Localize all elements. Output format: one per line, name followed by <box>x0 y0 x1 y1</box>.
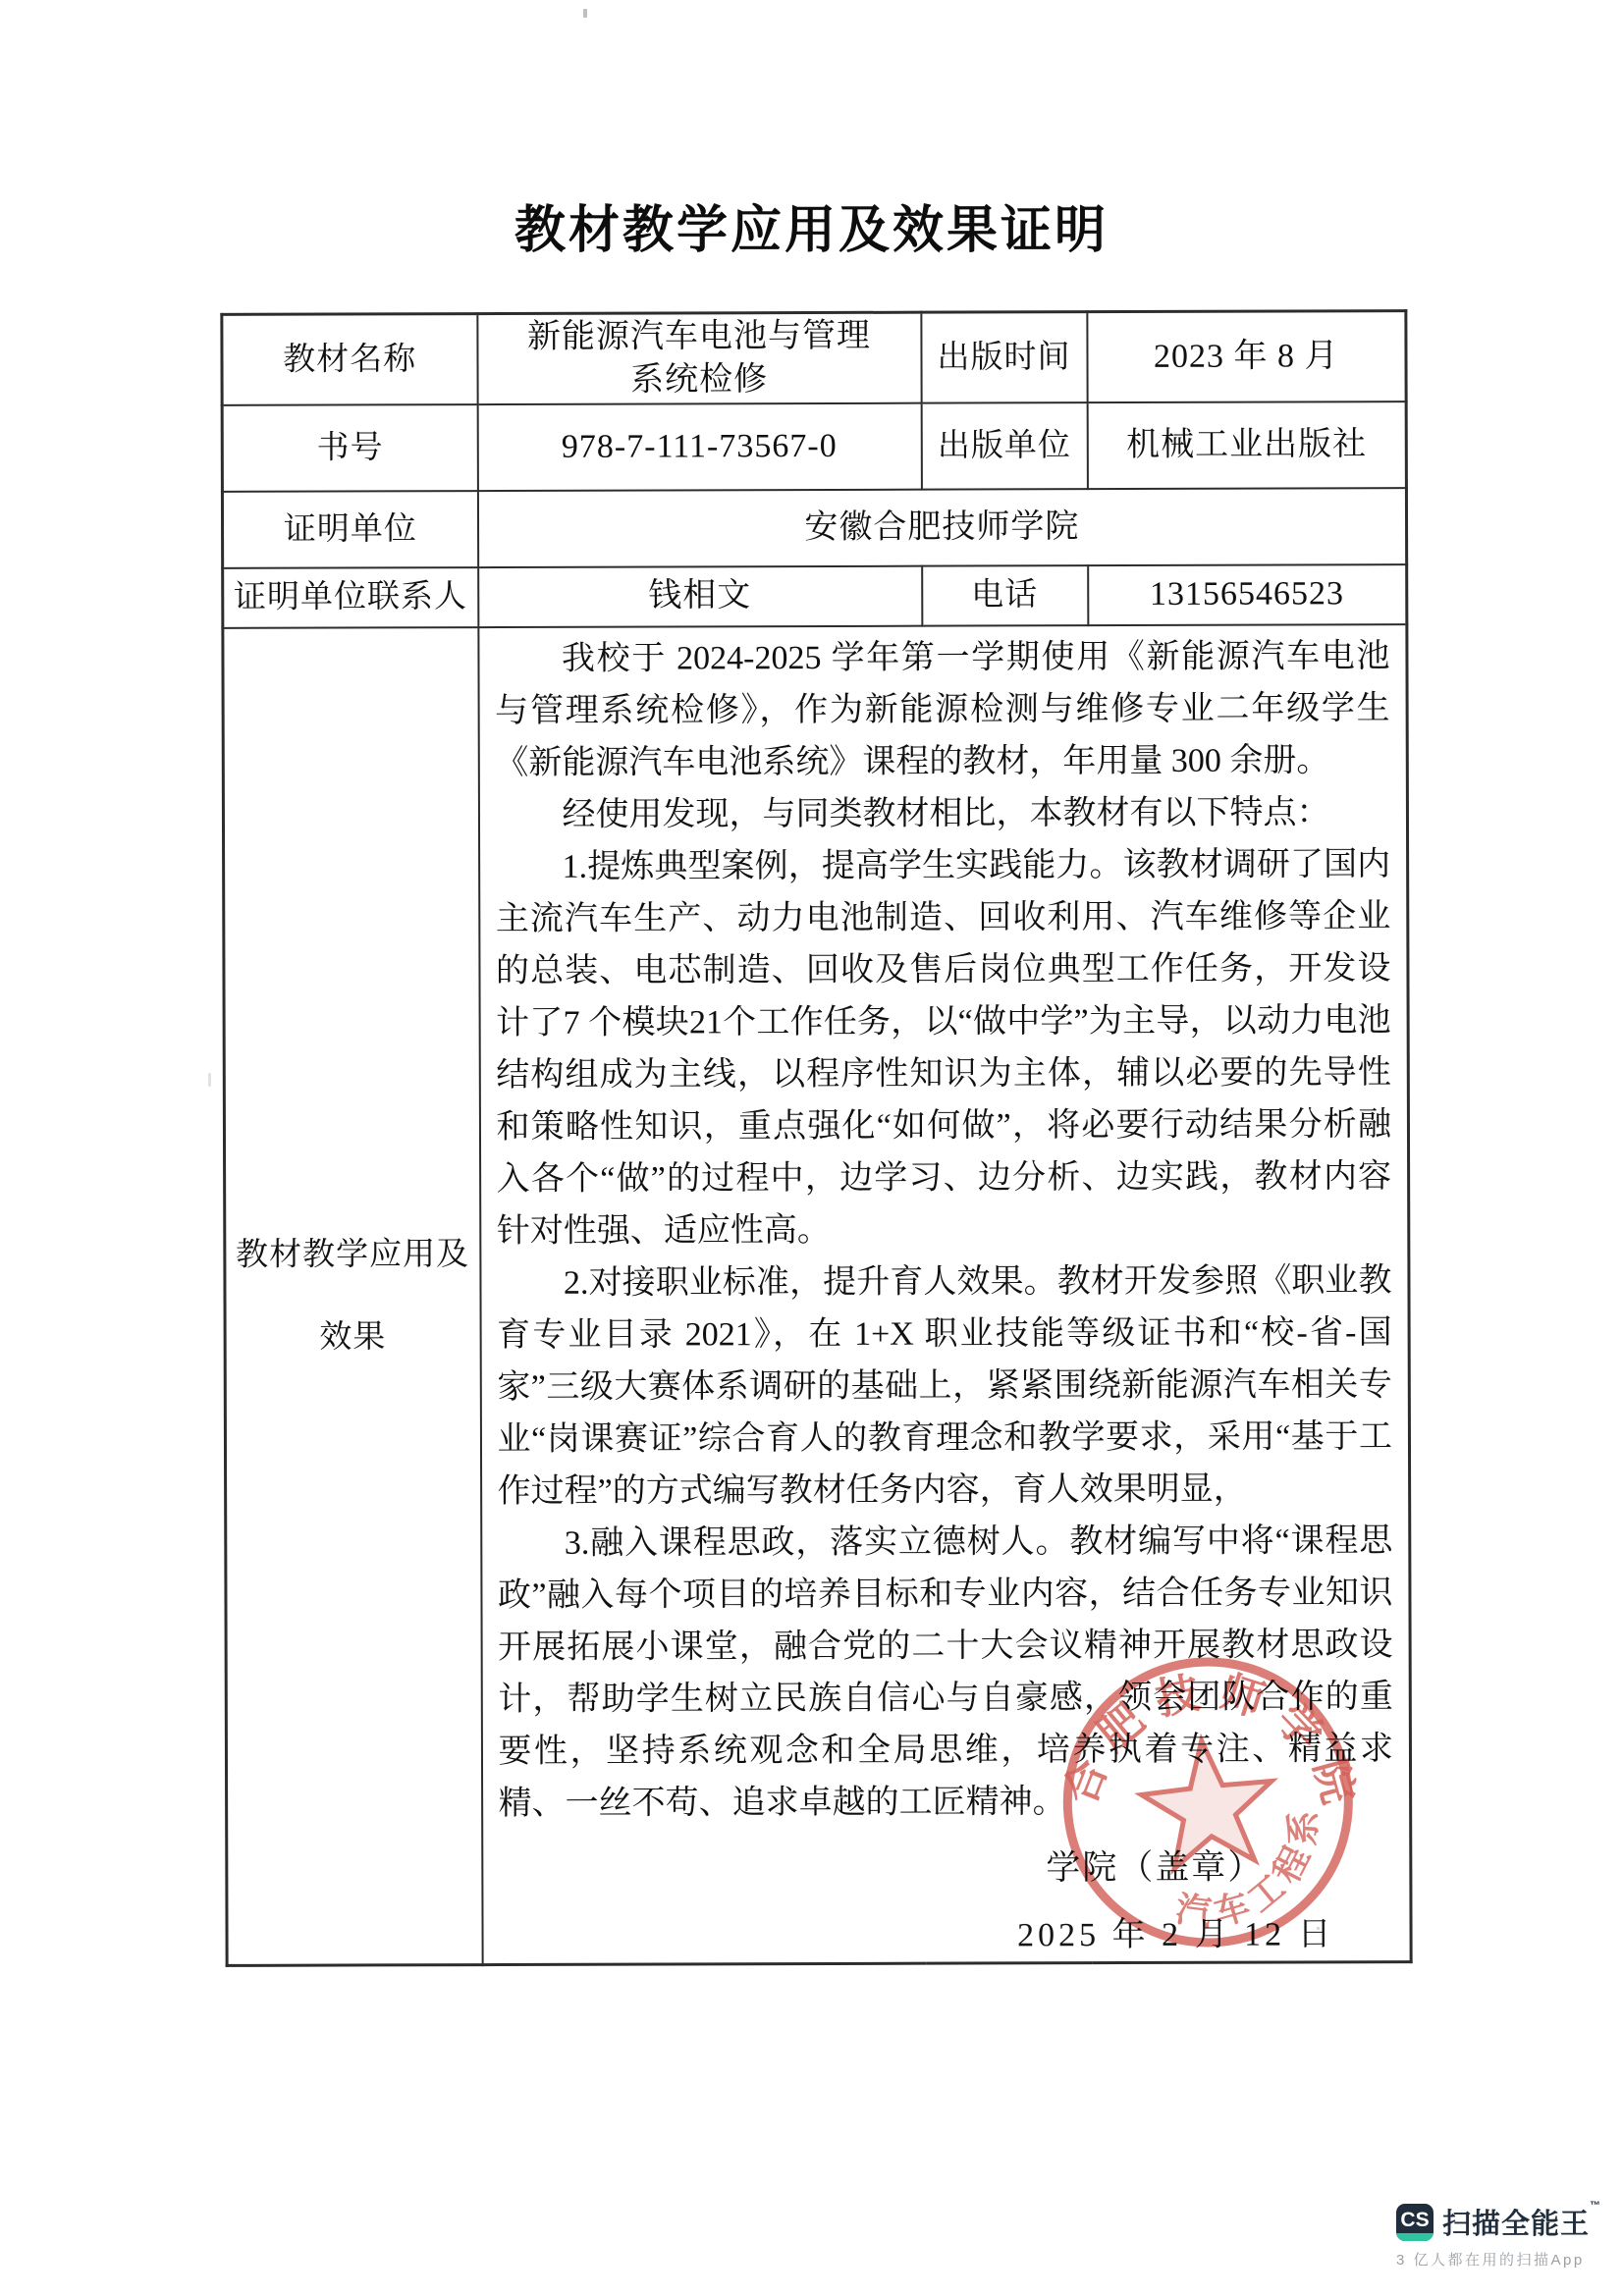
camscanner-logo-icon: CS <box>1396 2204 1434 2241</box>
field-value-publisher: 机械工业出版社 <box>1087 401 1406 489</box>
certificate-table: 教材名称 新能源汽车电池与管理 系统检修 出版时间 2023 年 8 月 书号 … <box>220 309 1412 1966</box>
field-label-textbook-name: 教材名称 <box>222 314 477 405</box>
body-paragraph: 经使用发现，与同类教材相比，本教材有以下特点： <box>495 786 1390 841</box>
document-title: 教材教学应用及效果证明 <box>0 188 1623 262</box>
field-value-contact-person: 钱相文 <box>478 565 922 626</box>
application-effect-label-line2: 效果 <box>227 1315 480 1360</box>
scan-speck <box>208 1073 211 1087</box>
field-label-certifying-unit: 证明单位 <box>222 491 477 568</box>
field-label-publish-date: 出版时间 <box>921 312 1087 403</box>
signature-date: 2025 年 2 月 12 日 <box>483 1908 1410 1963</box>
trademark-symbol: ™ <box>1590 2200 1601 2212</box>
body-paragraph: 3.融入课程思政，落实立德树人。教材编写中将“课程思政”融入每个项目的培养目标和… <box>498 1515 1393 1830</box>
scanner-watermark: CS 扫描全能王™ 3 亿人都在用的扫描App <box>1396 2202 1607 2269</box>
field-value-textbook-name: 新能源汽车电池与管理 系统检修 <box>477 312 921 403</box>
textbook-name-line1: 新能源汽车电池与管理 <box>478 314 920 358</box>
scanner-watermark-top: CS 扫描全能王™ <box>1396 2202 1607 2242</box>
application-effect-body-cell: 我校于 2024-2025 学年第一学期使用《新能源汽车电池与管理系统检修》，作… <box>478 624 1411 1964</box>
field-label-phone: 电话 <box>922 565 1088 626</box>
camscanner-logo-letters: CS <box>1400 2209 1429 2232</box>
scanner-brand-name: 扫描全能王™ <box>1442 2202 1601 2242</box>
scanned-document-page: 教材教学应用及效果证明 教材名称 新能源汽车电池与管理 系统检修 出版时间 20… <box>0 0 1623 2296</box>
field-label-isbn: 书号 <box>222 404 477 492</box>
body-paragraph: 2.对接职业标准，提升育人效果。教材开发参照《职业教育专业目录 2021》，在 … <box>497 1255 1392 1518</box>
field-label-contact-person: 证明单位联系人 <box>223 567 478 628</box>
field-value-publish-date: 2023 年 8 月 <box>1087 311 1406 402</box>
scanner-tagline: 3 亿人都在用的扫描App <box>1396 2249 1607 2269</box>
field-value-phone: 13156546523 <box>1088 564 1407 625</box>
scanner-brand-text: 扫描全能王 <box>1442 2209 1590 2240</box>
textbook-name-line2: 系统检修 <box>478 357 920 401</box>
field-value-certifying-unit: 安徽合肥技师学院 <box>477 488 1406 567</box>
scan-speck <box>583 9 587 18</box>
application-effect-text: 我校于 2024-2025 学年第一学期使用《新能源汽车电池与管理系统检修》，作… <box>479 625 1409 1830</box>
field-label-publisher: 出版单位 <box>921 402 1087 490</box>
signature-label: 学院（盖章） <box>483 1841 1410 1896</box>
body-paragraph: 1.提炼典型案例，提高学生实践能力。该教材调研了国内主流汽车生产、动力电池制造、… <box>496 838 1392 1257</box>
field-value-isbn: 978-7-111-73567-0 <box>477 402 921 490</box>
field-label-application-effect: 教材教学应用及 效果 <box>223 627 482 1965</box>
body-paragraph: 我校于 2024-2025 学年第一学期使用《新能源汽车电池与管理系统检修》，作… <box>495 630 1390 789</box>
application-effect-label-line1: 教材教学应用及 <box>226 1233 479 1277</box>
